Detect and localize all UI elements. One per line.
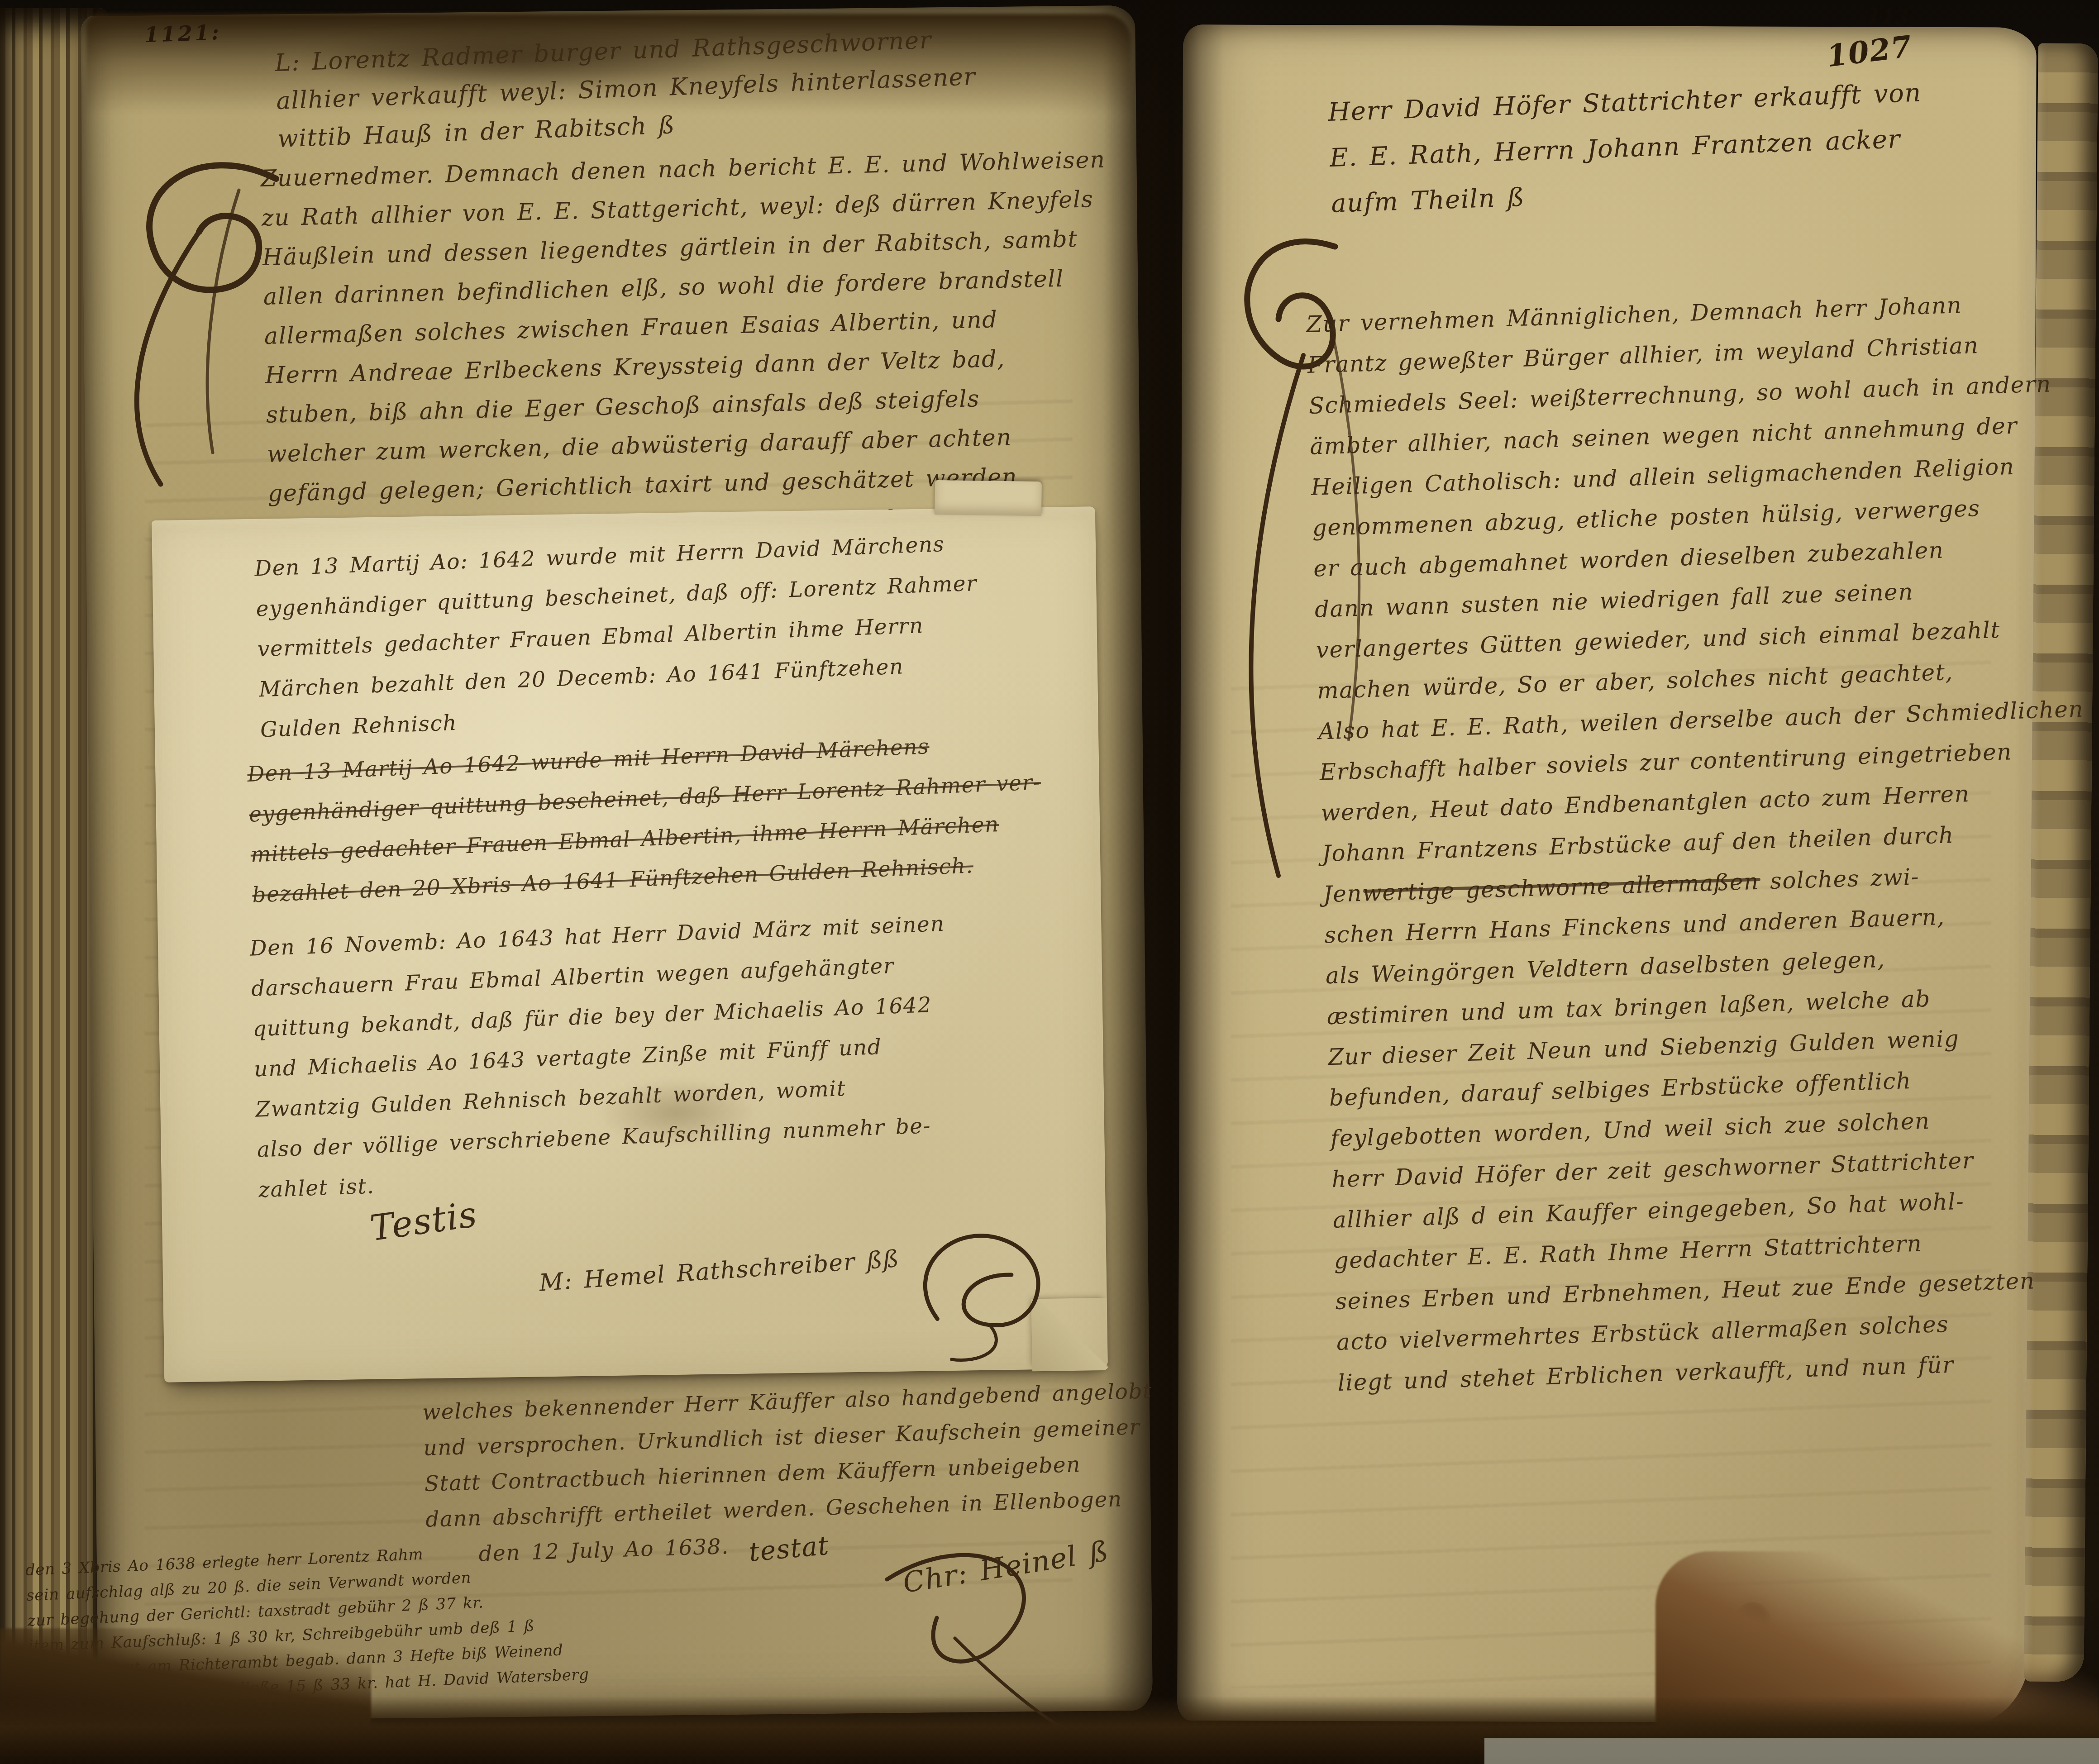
flourish-stroke bbox=[149, 165, 276, 290]
slip-entry-2-struck: Den 13 Martij Ao 1642 wurde mit Herrn Da… bbox=[247, 722, 1045, 915]
slip-tab bbox=[935, 480, 1042, 516]
signature-paraph bbox=[904, 1212, 1097, 1369]
slip-entry-1: Den 13 Martij Ao: 1642 wurde mit Herrn D… bbox=[254, 523, 982, 750]
flourish-stroke bbox=[951, 1325, 997, 1360]
slip-entry-3: Den 16 Novemb: Ao 1643 hat Herr David Mä… bbox=[249, 904, 954, 1211]
right-header-lines: Herr David Höfer Stattrichter erkaufft v… bbox=[1327, 66, 2047, 227]
flourish-stroke bbox=[207, 190, 239, 453]
left-lower-list: welches bekennender Herr Käuffer also ha… bbox=[422, 1373, 1141, 1538]
right-body-lines: Zur vernehmen Männiglichen, Demnach herr… bbox=[1306, 282, 2089, 1403]
flourish-stroke bbox=[887, 1555, 1024, 1661]
flourish-stroke bbox=[925, 1235, 1039, 1326]
clerk-signature: M: Hemel Rathschreiber ßß bbox=[539, 1245, 901, 1297]
manuscript-scan: 1121: L: Lorentz Radmer burger und Raths… bbox=[0, 0, 2099, 1764]
ghost-page-number: 113 bbox=[1867, 4, 1910, 29]
flourish-stroke bbox=[1251, 355, 1303, 876]
page-number-left: 1121: bbox=[144, 20, 222, 47]
paper-slip: Den 13 Martij Ao: 1642 wurde mit Herrn D… bbox=[152, 506, 1108, 1383]
table-surface-strip bbox=[1484, 1738, 2099, 1764]
